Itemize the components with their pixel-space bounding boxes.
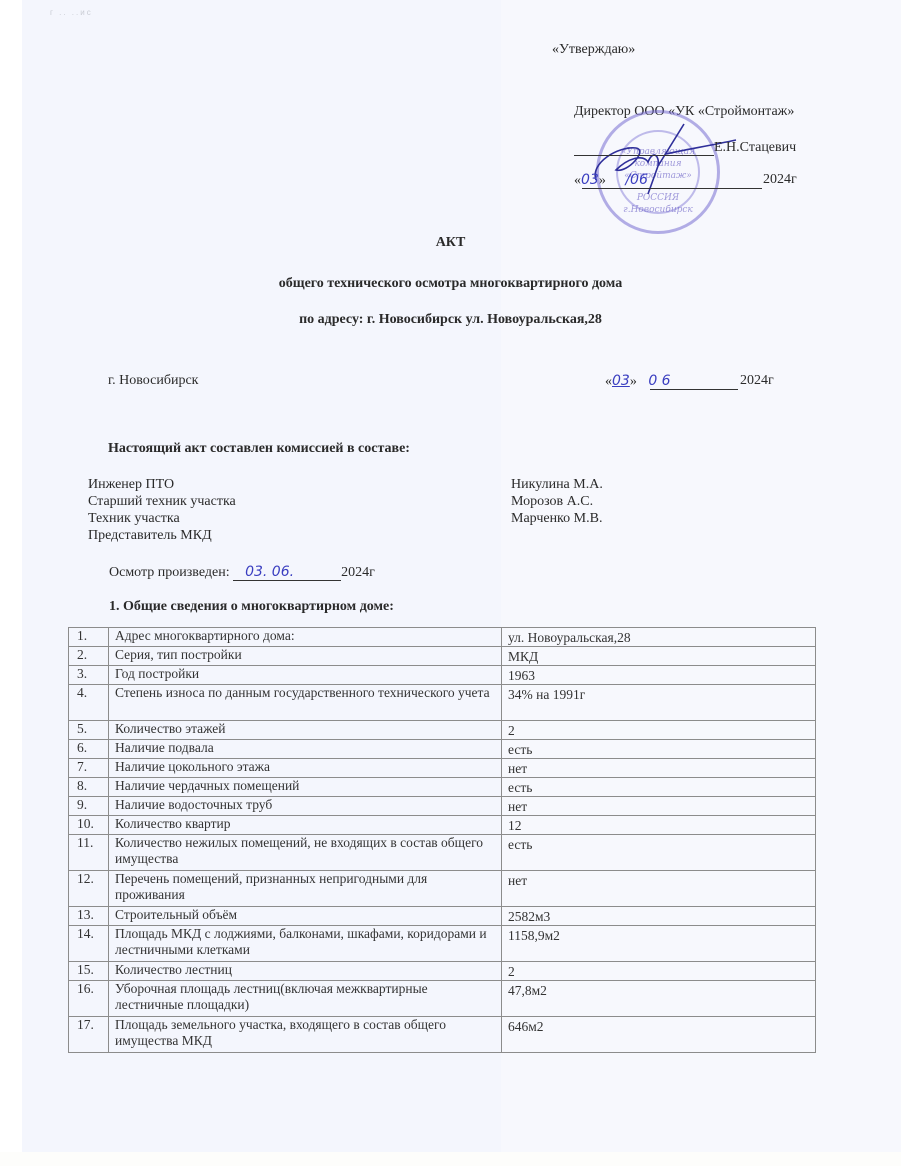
row-value: ул. Новоуральская,28 [502, 628, 816, 647]
row-label: Уборочная площадь лестниц(включая межква… [109, 981, 502, 1017]
row-number: 1. [69, 628, 109, 647]
row-value: 646м2 [502, 1017, 816, 1053]
row-label: Перечень помещений, признанных непригодн… [109, 871, 502, 907]
row-value: 2 [502, 721, 816, 740]
document-title: АКТ [0, 235, 901, 251]
row-value: нет [502, 871, 816, 907]
approval-date: «03» /06 [574, 172, 648, 189]
approval-day-handwritten: 03 [581, 172, 599, 188]
approval-date-line [582, 188, 762, 189]
table-row: 17.Площадь земельного участка, входящего… [69, 1017, 816, 1053]
row-value: есть [502, 835, 816, 871]
date-close-quote: » [630, 374, 637, 389]
table-row: 9.Наличие водосточных трубнет [69, 797, 816, 816]
row-label: Серия, тип постройки [109, 647, 502, 666]
document-address: по адресу: г. Новосибирск ул. Новоуральс… [0, 312, 901, 328]
table-row: 4.Степень износа по данным государственн… [69, 685, 816, 721]
approval-heading: «Утверждаю» [552, 42, 635, 58]
approval-month-handwritten: /06 [625, 172, 648, 188]
row-value: 2582м3 [502, 907, 816, 926]
row-number: 7. [69, 759, 109, 778]
row-label: Площадь земельного участка, входящего в … [109, 1017, 502, 1053]
city: г. Новосибирск [108, 373, 198, 389]
commission-member-name: Марченко М.В. [511, 510, 603, 527]
date-open-quote: « [605, 374, 612, 389]
document-subtitle: общего технического осмотра многоквартир… [0, 276, 901, 292]
commission-role: Техник участка [88, 510, 236, 527]
date-close-quote: » [599, 173, 606, 188]
row-label: Строительный объём [109, 907, 502, 926]
row-number: 4. [69, 685, 109, 721]
table-row: 16.Уборочная площадь лестниц(включая меж… [69, 981, 816, 1017]
table-row: 8.Наличие чердачных помещенийесть [69, 778, 816, 797]
table-row: 13.Строительный объём2582м3 [69, 907, 816, 926]
row-label: Наличие водосточных труб [109, 797, 502, 816]
row-value: 47,8м2 [502, 981, 816, 1017]
row-value: нет [502, 759, 816, 778]
act-year: 2024г [740, 373, 774, 389]
row-number: 2. [69, 647, 109, 666]
row-number: 5. [69, 721, 109, 740]
row-value: 2 [502, 962, 816, 981]
row-number: 3. [69, 666, 109, 685]
inspection-date-handwritten: 03. 06. [233, 564, 341, 581]
row-value: есть [502, 778, 816, 797]
commission-member-name: Никулина М.А. [511, 476, 603, 493]
commission-role: Инженер ПТО [88, 476, 236, 493]
row-label: Степень износа по данным государственног… [109, 685, 502, 721]
act-date-line [650, 389, 738, 390]
commission-member-name: Морозов А.С. [511, 493, 603, 510]
row-label: Площадь МКД с лоджиями, балконами, шкафа… [109, 926, 502, 962]
row-label: Год постройки [109, 666, 502, 685]
row-label: Количество лестниц [109, 962, 502, 981]
row-label: Количество этажей [109, 721, 502, 740]
row-number: 13. [69, 907, 109, 926]
row-number: 12. [69, 871, 109, 907]
commission-names: Никулина М.А. Морозов А.С. Марченко М.В. [511, 476, 603, 527]
row-value: нет [502, 797, 816, 816]
scan-artifact-text: г .. ..ис [50, 8, 93, 17]
approval-year: 2024г [763, 172, 797, 188]
act-day-handwritten: 03 [612, 373, 630, 389]
table-row: 2.Серия, тип постройкиМКД [69, 647, 816, 666]
table-row: 10.Количество квартир12 [69, 816, 816, 835]
table-row: 5.Количество этажей2 [69, 721, 816, 740]
section-heading: 1. Общие сведения о многоквартирном доме… [109, 599, 394, 615]
inspection-year: 2024г [341, 565, 375, 580]
row-number: 8. [69, 778, 109, 797]
row-label: Адрес многоквартирного дома: [109, 628, 502, 647]
act-date: «03» 0 6 [605, 373, 671, 390]
row-value: 34% на 1991г [502, 685, 816, 721]
table-row: 11.Количество нежилых помещений, не вход… [69, 835, 816, 871]
row-value: 1963 [502, 666, 816, 685]
row-number: 6. [69, 740, 109, 759]
table-row: 3.Год постройки1963 [69, 666, 816, 685]
table-row: 6.Наличие подвалаесть [69, 740, 816, 759]
row-number: 15. [69, 962, 109, 981]
row-value: 12 [502, 816, 816, 835]
row-label: Количество нежилых помещений, не входящи… [109, 835, 502, 871]
row-label: Наличие цокольного этажа [109, 759, 502, 778]
row-label: Наличие подвала [109, 740, 502, 759]
inspection-date: Осмотр произведен: 03. 06.2024г [109, 564, 375, 581]
table-row: 7.Наличие цокольного этажанет [69, 759, 816, 778]
row-label: Наличие чердачных помещений [109, 778, 502, 797]
director-name: Е.Н.Стацевич [714, 140, 796, 156]
row-number: 17. [69, 1017, 109, 1053]
date-open-quote: « [574, 173, 581, 188]
act-month-handwritten: 0 6 [648, 373, 670, 389]
row-number: 14. [69, 926, 109, 962]
row-value: МКД [502, 647, 816, 666]
row-number: 11. [69, 835, 109, 871]
director-signature-line [574, 155, 714, 156]
commission-heading: Настоящий акт составлен комиссией в сост… [108, 441, 410, 457]
table-row: 12.Перечень помещений, признанных неприг… [69, 871, 816, 907]
table-row: 1.Адрес многоквартирного дома:ул. Новоур… [69, 628, 816, 647]
row-number: 16. [69, 981, 109, 1017]
table-row: 15.Количество лестниц2 [69, 962, 816, 981]
commission-role: Старший техник участка [88, 493, 236, 510]
page-bottom-edge [0, 1152, 901, 1166]
row-value: есть [502, 740, 816, 759]
inspection-label: Осмотр произведен: [109, 565, 230, 580]
building-info-table: 1.Адрес многоквартирного дома:ул. Новоур… [68, 627, 816, 1053]
commission-role: Представитель МКД [88, 527, 236, 544]
row-value: 1158,9м2 [502, 926, 816, 962]
row-number: 10. [69, 816, 109, 835]
row-number: 9. [69, 797, 109, 816]
stamp-text-line: г.Новосибирск [599, 205, 717, 215]
commission-roles: Инженер ПТО Старший техник участка Техни… [88, 476, 236, 544]
row-label: Количество квартир [109, 816, 502, 835]
table-row: 14.Площадь МКД с лоджиями, балконами, шк… [69, 926, 816, 962]
